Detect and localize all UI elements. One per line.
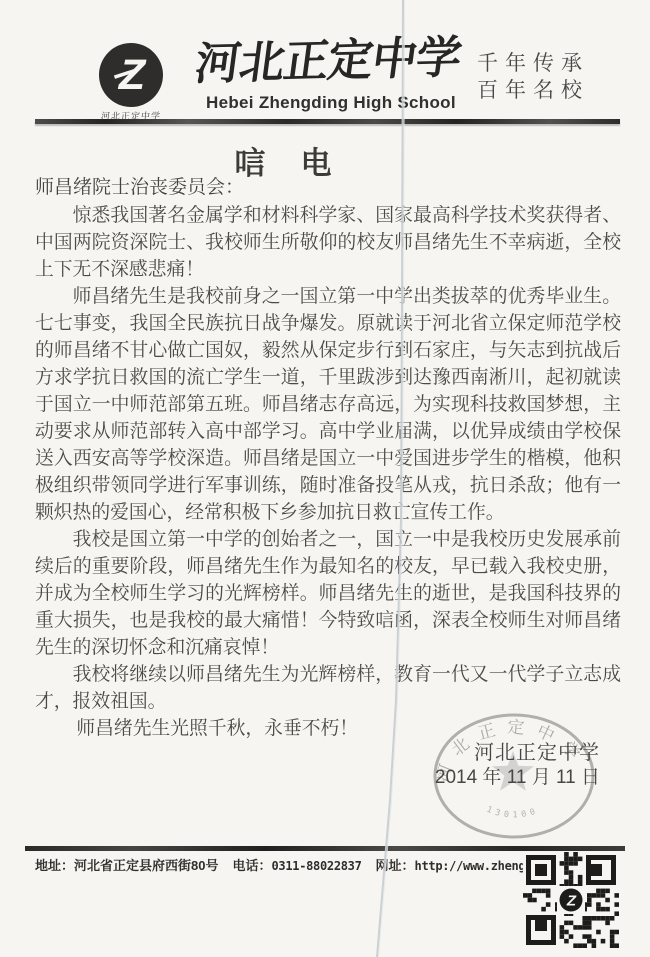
svg-text:Z: Z <box>566 893 577 910</box>
footer-divider <box>25 846 625 851</box>
school-logo: Z 河北正定中学 <box>85 42 177 122</box>
school-name-chinese: 河北正定中学 <box>192 29 461 94</box>
paragraph-1: 惊悉我国著名金属学和材料科学家、国家最高科学技术奖获得者、中国两院资深院士、我校… <box>35 201 621 282</box>
footer-contact-row: 地址： 河北省正定县府西街80号 电话： 0311-88022837 网址： h… <box>35 857 515 875</box>
address-value: 河北省正定县府西街80号 <box>74 857 218 875</box>
paragraph-3: 我校是国立第一中学的创始者之一，国立一中是我校历史发展承前续后的重要阶段，师昌绪… <box>35 525 621 660</box>
address-label: 地址： <box>35 857 74 875</box>
qr-code: Z <box>523 852 619 948</box>
school-slogan: 千年传承 百年名校 <box>477 50 589 104</box>
school-name-english: Hebei Zhengding High School <box>206 93 456 113</box>
signature-block: 河北正定中学 2014 年 11 月 11 日 <box>35 741 621 789</box>
school-logo-icon: Z <box>98 42 164 108</box>
signature-date: 2014 年 11 月 11 日 <box>35 766 600 789</box>
svg-text:130100: 130100 <box>485 805 541 821</box>
header-divider <box>35 119 620 124</box>
letter-body: 唁 电 师昌绪院士治丧委员会： 惊悉我国著名金属学和材料科学家、国家最高科学技术… <box>35 147 621 789</box>
slogan-line-1: 千年传承 <box>477 50 589 77</box>
letter-title: 唁 电 <box>0 147 577 181</box>
signature-school-name: 河北正定中学 <box>35 741 600 766</box>
footer-phone: 电话： 0311-88022837 <box>232 857 361 875</box>
website-label: 网址： <box>376 857 415 875</box>
scanned-letter-page: Z 河北正定中学 河北正定中学 Hebei Zhengding High Sch… <box>0 0 650 957</box>
paragraph-2: 师昌绪先生是我校前身之一国立第一中学出类拔萃的优秀毕业生。七七事变，我国全民族抗… <box>35 282 621 525</box>
phone-label: 电话： <box>232 857 271 875</box>
footer-address: 地址： 河北省正定县府西街80号 <box>35 857 218 875</box>
phone-value: 0311-88022837 <box>272 857 362 875</box>
slogan-line-2: 百年名校 <box>477 77 589 104</box>
paragraph-4: 我校将继续以师昌绪先生为光辉榜样，教育一代又一代学子立志成才，报效祖国。 <box>35 660 621 714</box>
seal-code: 130100 <box>485 805 541 821</box>
